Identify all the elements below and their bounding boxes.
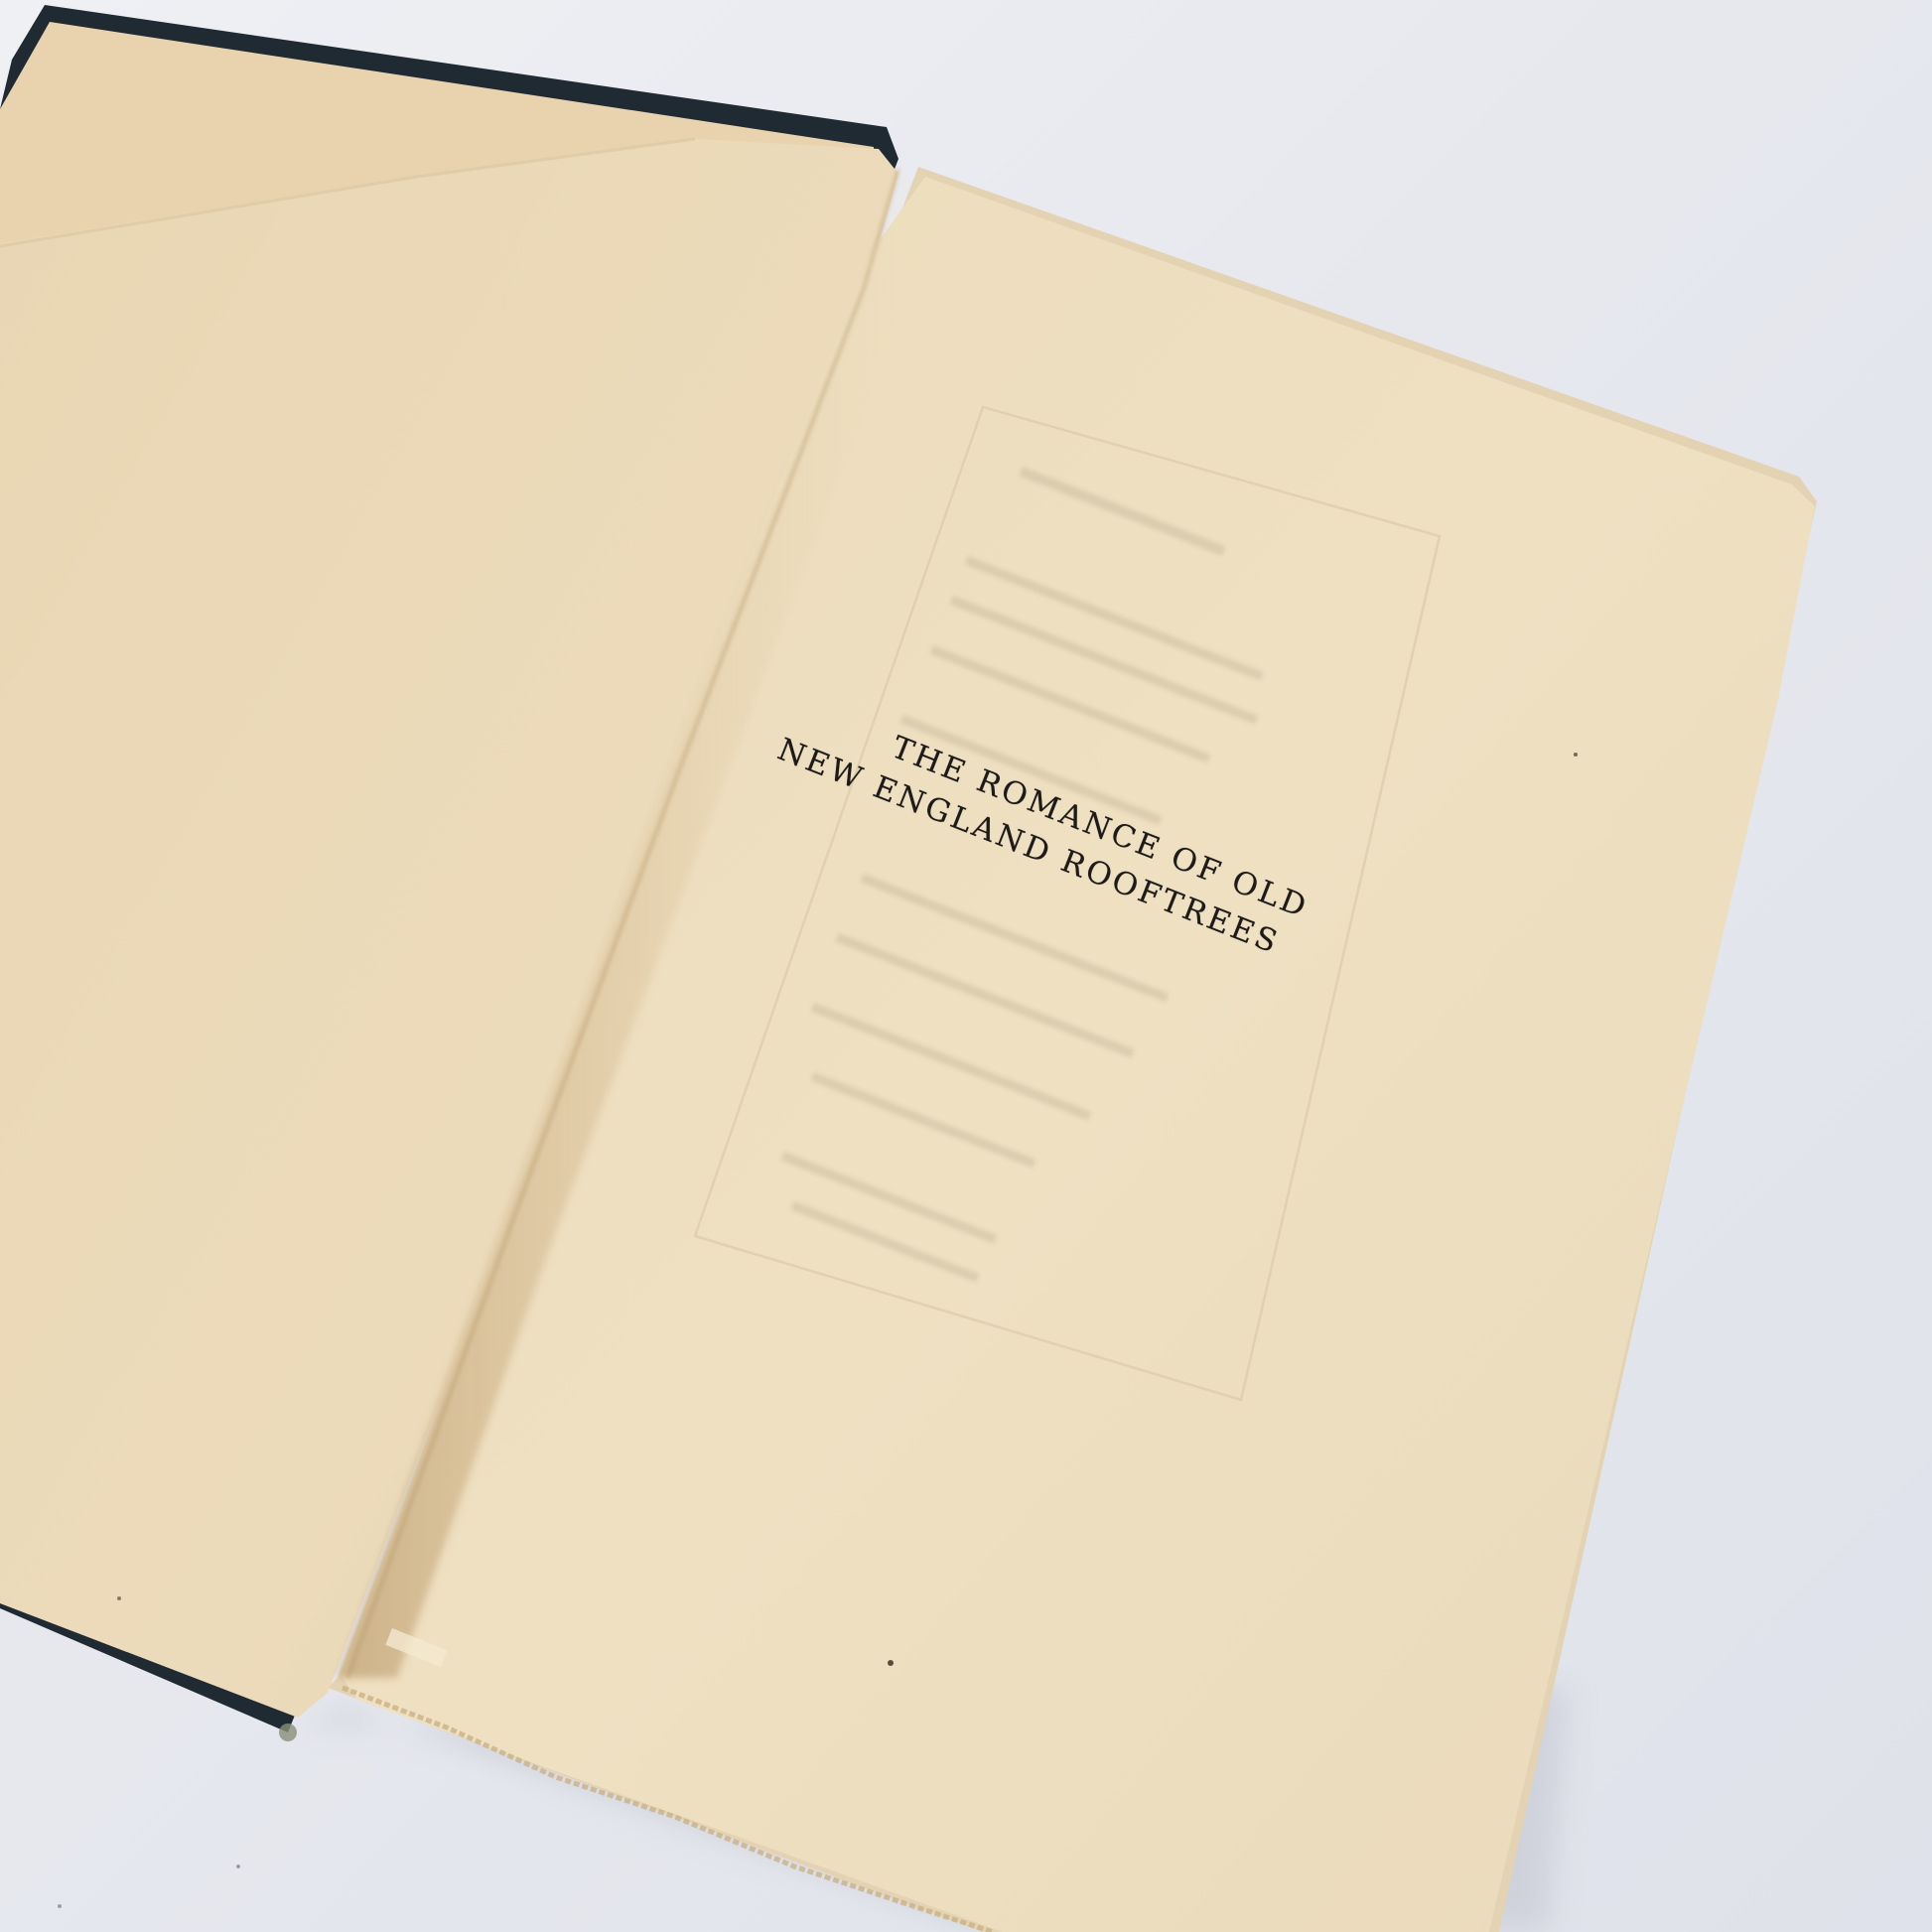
book-illustration: [0, 0, 1932, 1932]
table-speck: [236, 1864, 240, 1868]
paper-speck: [117, 1596, 121, 1600]
book-photo: THE ROMANCE OF OLD NEW ENGLAND ROOFTREES: [0, 0, 1932, 1932]
paper-speck: [888, 1660, 894, 1666]
paper-speck: [1574, 753, 1578, 757]
worn-corner: [279, 1724, 297, 1741]
table-speck: [58, 1904, 62, 1908]
